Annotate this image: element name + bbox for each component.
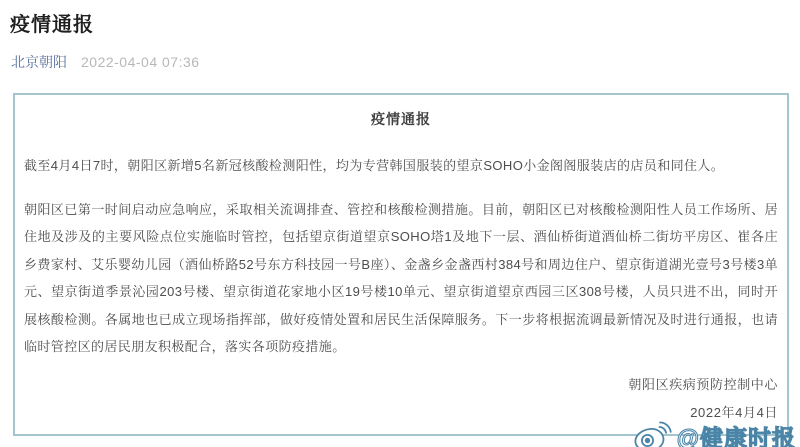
signature-org: 朝阳区疾病预防控制中心: [24, 371, 778, 399]
page: 疫情通报 北京朝阳 2022-04-04 07:36 疫情通报 截至4月4日7时…: [0, 8, 800, 447]
page-title: 疫情通报: [10, 8, 800, 37]
notice-title: 疫情通报: [24, 109, 778, 129]
signature-block: 朝阳区疾病预防控制中心 2022年4月4日: [24, 371, 778, 427]
post-meta: 北京朝阳 2022-04-04 07:36: [11, 52, 800, 72]
source-link[interactable]: 北京朝阳: [11, 52, 67, 72]
notice-paragraph-2: 朝阳区已第一时间启动应急响应，采取相关流调排查、管控和核酸检测措施。目前，朝阳区…: [24, 196, 778, 361]
notice-box: 疫情通报 截至4月4日7时，朝阳区新增5名新冠核酸检测阳性，均为专营韩国服装的望…: [13, 93, 789, 436]
signature-date: 2022年4月4日: [24, 399, 778, 427]
notice-paragraph-1: 截至4月4日7时，朝阳区新增5名新冠核酸检测阳性，均为专营韩国服装的望京SOHO…: [24, 152, 778, 180]
timestamp: 2022-04-04 07:36: [81, 54, 200, 70]
